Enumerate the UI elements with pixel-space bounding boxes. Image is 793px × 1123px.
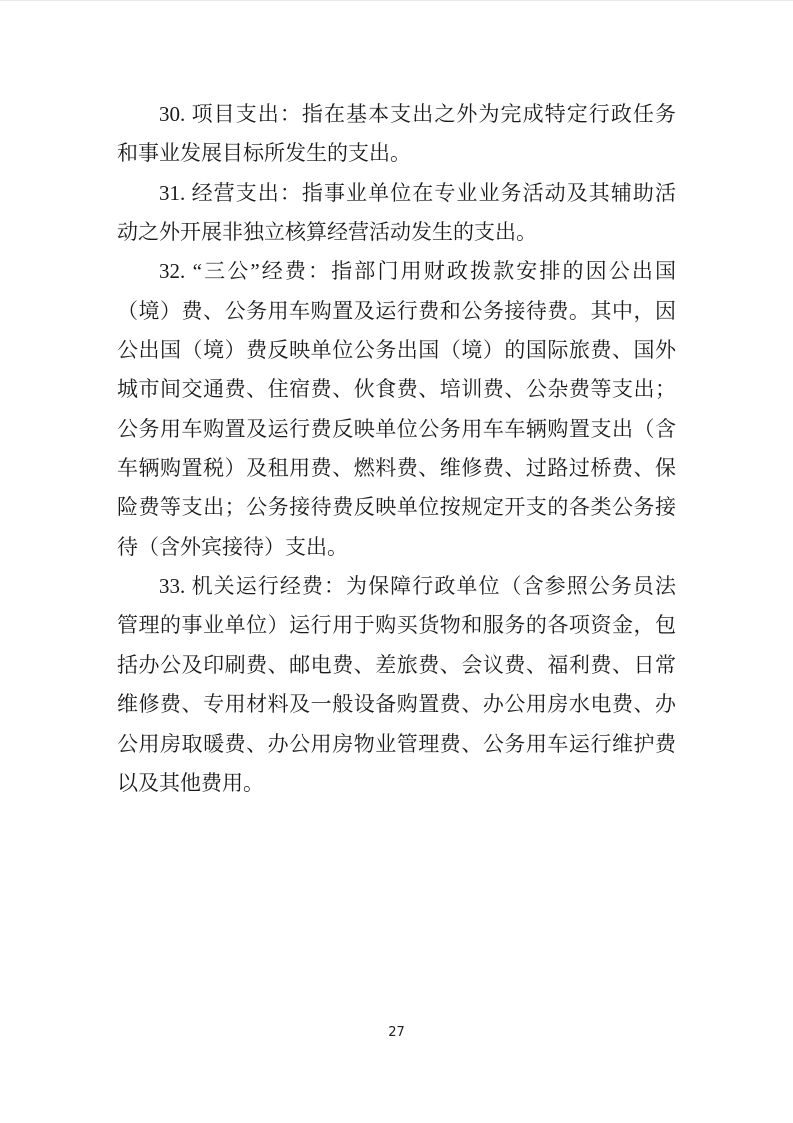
- text-line: 车辆购置税）及租用费、燃料费、维修费、过路过桥费、保: [117, 449, 676, 488]
- paragraph-33: 33. 机关运行经费：为保障行政单位（含参照公务员法管理的事业单位）运行用于购买…: [117, 567, 676, 803]
- text-line: 公用房取暖费、办公用房物业管理费、公务用车运行维护费: [117, 725, 676, 764]
- text-line: 城市间交通费、住宿费、伙食费、培训费、公杂费等支出；: [117, 370, 676, 409]
- text-line: 公出国（境）费反映单位公务出国（境）的国际旅费、国外: [117, 331, 676, 370]
- paragraph-31: 31. 经营支出：指事业单位在专业业务活动及其辅助活动之外开展非独立核算经营活动…: [117, 174, 676, 253]
- text-line: 33. 机关运行经费：为保障行政单位（含参照公务员法: [117, 567, 676, 606]
- text-line: 维修费、专用材料及一般设备购置费、办公用房水电费、办: [117, 685, 676, 724]
- text-line: 险费等支出；公务接待费反映单位按规定开支的各类公务接: [117, 488, 676, 527]
- text-line: 30. 项目支出：指在基本支出之外为完成特定行政任务: [117, 95, 676, 134]
- text-line: 以及其他费用。: [117, 764, 676, 803]
- text-line: 待（含外宾接待）支出。: [117, 528, 676, 567]
- text-line: 32. “三公”经费：指部门用财政拨款安排的因公出国: [117, 252, 676, 291]
- paragraph-32: 32. “三公”经费：指部门用财政拨款安排的因公出国（境）费、公务用车购置及运行…: [117, 252, 676, 567]
- text-line: 动之外开展非独立核算经营活动发生的支出。: [117, 213, 676, 252]
- document-page: 30. 项目支出：指在基本支出之外为完成特定行政任务和事业发展目标所发生的支出。…: [0, 0, 793, 1123]
- document-body: 30. 项目支出：指在基本支出之外为完成特定行政任务和事业发展目标所发生的支出。…: [117, 95, 676, 803]
- text-line: 括办公及印刷费、邮电费、差旅费、会议费、福利费、日常: [117, 646, 676, 685]
- page-footer: 27: [0, 1023, 793, 1041]
- page-number: 27: [388, 1025, 405, 1040]
- text-line: 31. 经营支出：指事业单位在专业业务活动及其辅助活: [117, 174, 676, 213]
- text-line: 公务用车购置及运行费反映单位公务用车车辆购置支出（含: [117, 410, 676, 449]
- text-line: 和事业发展目标所发生的支出。: [117, 134, 676, 173]
- text-line: （境）费、公务用车购置及运行费和公务接待费。其中，因: [117, 292, 676, 331]
- paragraph-30: 30. 项目支出：指在基本支出之外为完成特定行政任务和事业发展目标所发生的支出。: [117, 95, 676, 174]
- text-line: 管理的事业单位）运行用于购买货物和服务的各项资金，包: [117, 606, 676, 645]
